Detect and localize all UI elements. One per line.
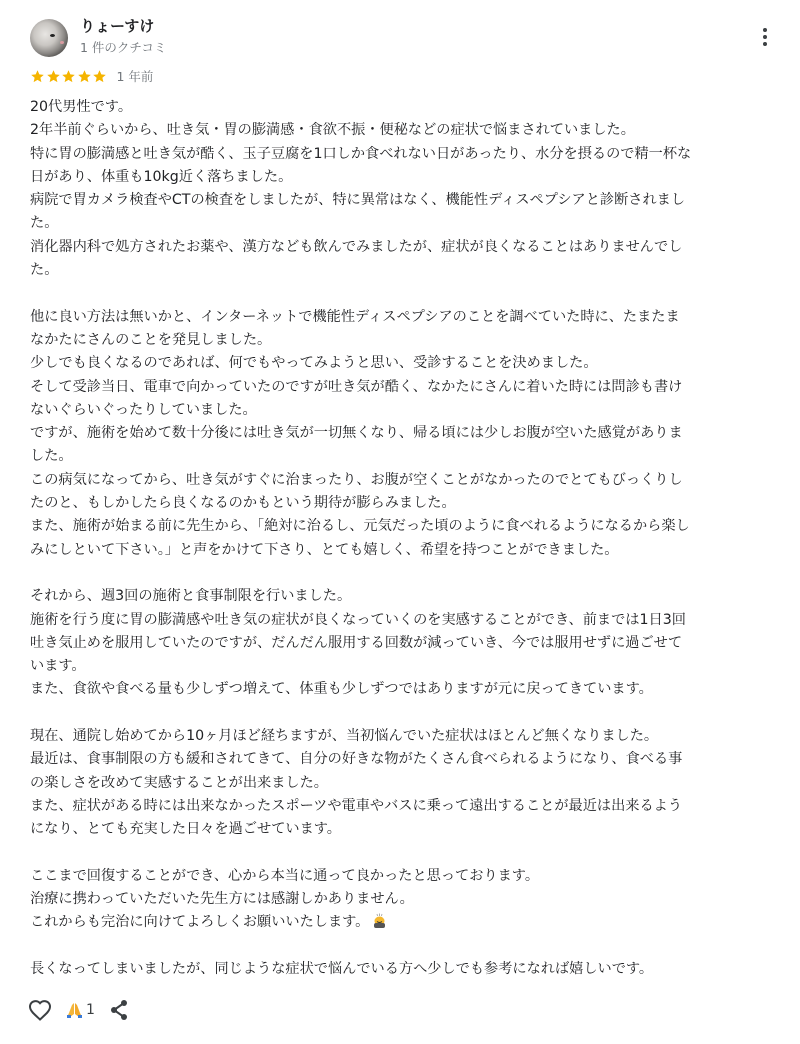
review-text-line: また、施術が始まる前に先生から、「絶対に治るし、元気だった頃のように食べれるよう… bbox=[30, 515, 790, 538]
star-icon bbox=[30, 69, 45, 84]
star-icon bbox=[92, 69, 107, 84]
review-text-line: 最近は、食事制限の方も緩和されてきて、自分の好きな物がたくさん食べられるようにな… bbox=[30, 748, 790, 771]
avatar[interactable] bbox=[30, 19, 68, 57]
review-text-line: した。 bbox=[30, 445, 790, 468]
review-text-line: 日があり、体重も10kg近く落ちました。 bbox=[30, 166, 790, 189]
more-vert-icon-dot bbox=[763, 28, 767, 32]
blank-line bbox=[30, 842, 790, 865]
review-text-line: 消化器内科で処方されたお薬や、漢方なども飲んでみましたが、症状が良くなることはあ… bbox=[30, 236, 790, 259]
more-options-button[interactable] bbox=[762, 28, 768, 48]
review-header: りょーすけ 1 件のクチコミ bbox=[30, 14, 790, 64]
review-text-line: います。 bbox=[30, 655, 790, 678]
star-icon bbox=[46, 69, 61, 84]
review-actions: 1 bbox=[28, 998, 129, 1022]
review-text-line: の楽しさを改めて実感することが出来ました。 bbox=[30, 772, 790, 795]
reaction-button[interactable]: 1 bbox=[66, 1002, 95, 1018]
review-text-line: になり、とても充実した日々を過ごせています。 bbox=[30, 818, 790, 841]
review-text-line: また、症状がある時には出来なかったスポーツや電車やバスに乗って遠出することが最近… bbox=[30, 795, 790, 818]
avatar-nose bbox=[60, 41, 64, 44]
review-text-line: 吐き気止めを服用していたのですが、だんだん服用する回数が減っていき、今では服用せ… bbox=[30, 632, 790, 655]
blank-line bbox=[30, 562, 790, 585]
author-review-count: 1 件のクチコミ bbox=[80, 38, 166, 56]
review-text-line: それから、週3回の施術と食事制限を行いました。 bbox=[30, 585, 790, 608]
star-icon bbox=[61, 69, 76, 84]
avatar-eye bbox=[50, 34, 55, 37]
review-text-line: これからも完治に向けてよろしくお願いいたします。 bbox=[30, 911, 790, 934]
review-text: 20代男性です。2年半前ぐらいから、吐き気・胃の膨満感・食欲不振・便秘などの症状… bbox=[30, 96, 790, 981]
review-text-line: みにしといて下さい。」と声をかけて下さり、とても嬉しく、希望を持つことができまし… bbox=[30, 539, 790, 562]
more-vert-icon-dot bbox=[763, 35, 767, 39]
review-text-line: この病気になってから、吐き気がすぐに治まったり、お腹が空くことがなかったのでとて… bbox=[30, 469, 790, 492]
review-text-line: また、食欲や食べる量も少しずつ増えて、体重も少しずつではありますが元に戻ってきて… bbox=[30, 678, 790, 701]
review-text-line: 20代男性です。 bbox=[30, 96, 790, 119]
more-vert-icon-dot bbox=[763, 42, 767, 46]
review-text-line: ですが、施術を始めて数十分後には吐き気が一切無くなり、帰る頃には少しお腹が空いた… bbox=[30, 422, 790, 445]
review-text-line: 他に良い方法は無いかと、インターネットで機能性ディスペプシアのことを調べていた時… bbox=[30, 306, 790, 329]
rating-row: 1 年前 bbox=[30, 67, 153, 85]
review-text-line: 治療に携わっていただいた先生方には感謝しかありません。 bbox=[30, 888, 790, 911]
heart-outline-icon bbox=[28, 999, 52, 1021]
blank-line bbox=[30, 702, 790, 725]
review-text-line: 特に胃の膨満感と吐き気が酷く、玉子豆腐を1口しか食べれない日があったり、水分を摂… bbox=[30, 143, 790, 166]
star-icon bbox=[77, 69, 92, 84]
author-name[interactable]: りょーすけ bbox=[80, 15, 154, 36]
like-button[interactable] bbox=[28, 999, 52, 1021]
review-text-line: 2年半前ぐらいから、吐き気・胃の膨満感・食欲不振・便秘などの症状で悩まされていま… bbox=[30, 119, 790, 142]
review-text-line: たのと、もしかしたら良くなるのかもという期待が膨らみました。 bbox=[30, 492, 790, 515]
share-button[interactable] bbox=[95, 999, 129, 1021]
star-rating bbox=[30, 69, 108, 84]
review-text-line: ここまで回復することができ、心から本当に通って良かったと思っております。 bbox=[30, 865, 790, 888]
review-text-line: た。 bbox=[30, 212, 790, 235]
share-icon bbox=[109, 999, 129, 1021]
review-text-line: 施術を行う度に胃の膨満感や吐き気の症状が良くなっていくのを実感することができ、前… bbox=[30, 609, 790, 632]
review-text-line: 長くなってしまいましたが、同じような症状で悩んでいる方へ少しでも参考になれば嬉し… bbox=[30, 958, 790, 981]
review-text-line: なかたにさんのことを発見しました。 bbox=[30, 329, 790, 352]
review-text-line: ないぐらいぐったりしていました。 bbox=[30, 399, 790, 422]
reaction-count: 1 bbox=[86, 1002, 95, 1018]
folded-hands-emoji bbox=[66, 1002, 83, 1018]
review-text-line: 少しでも良くなるのであれば、何でもやってみようと思い、受診することを決めました。 bbox=[30, 352, 790, 375]
review-text-line: 現在、通院し始めてから10ヶ月ほど経ちますが、当初悩んでいた症状はほとんど無くな… bbox=[30, 725, 790, 748]
review-text-line: そして受診当日、電車で向かっていたのですが吐き気が酷く、なかたにさんに着いた時に… bbox=[30, 376, 790, 399]
blank-line bbox=[30, 935, 790, 958]
bowing-person-emoji bbox=[372, 913, 387, 928]
blank-line bbox=[30, 282, 790, 305]
review-text-line: た。 bbox=[30, 259, 790, 282]
review-text-line: 病院で胃カメラ検査やCTの検査をしましたが、特に異常はなく、機能性ディスペプシア… bbox=[30, 189, 790, 212]
review-time-ago: 1 年前 bbox=[117, 67, 154, 85]
